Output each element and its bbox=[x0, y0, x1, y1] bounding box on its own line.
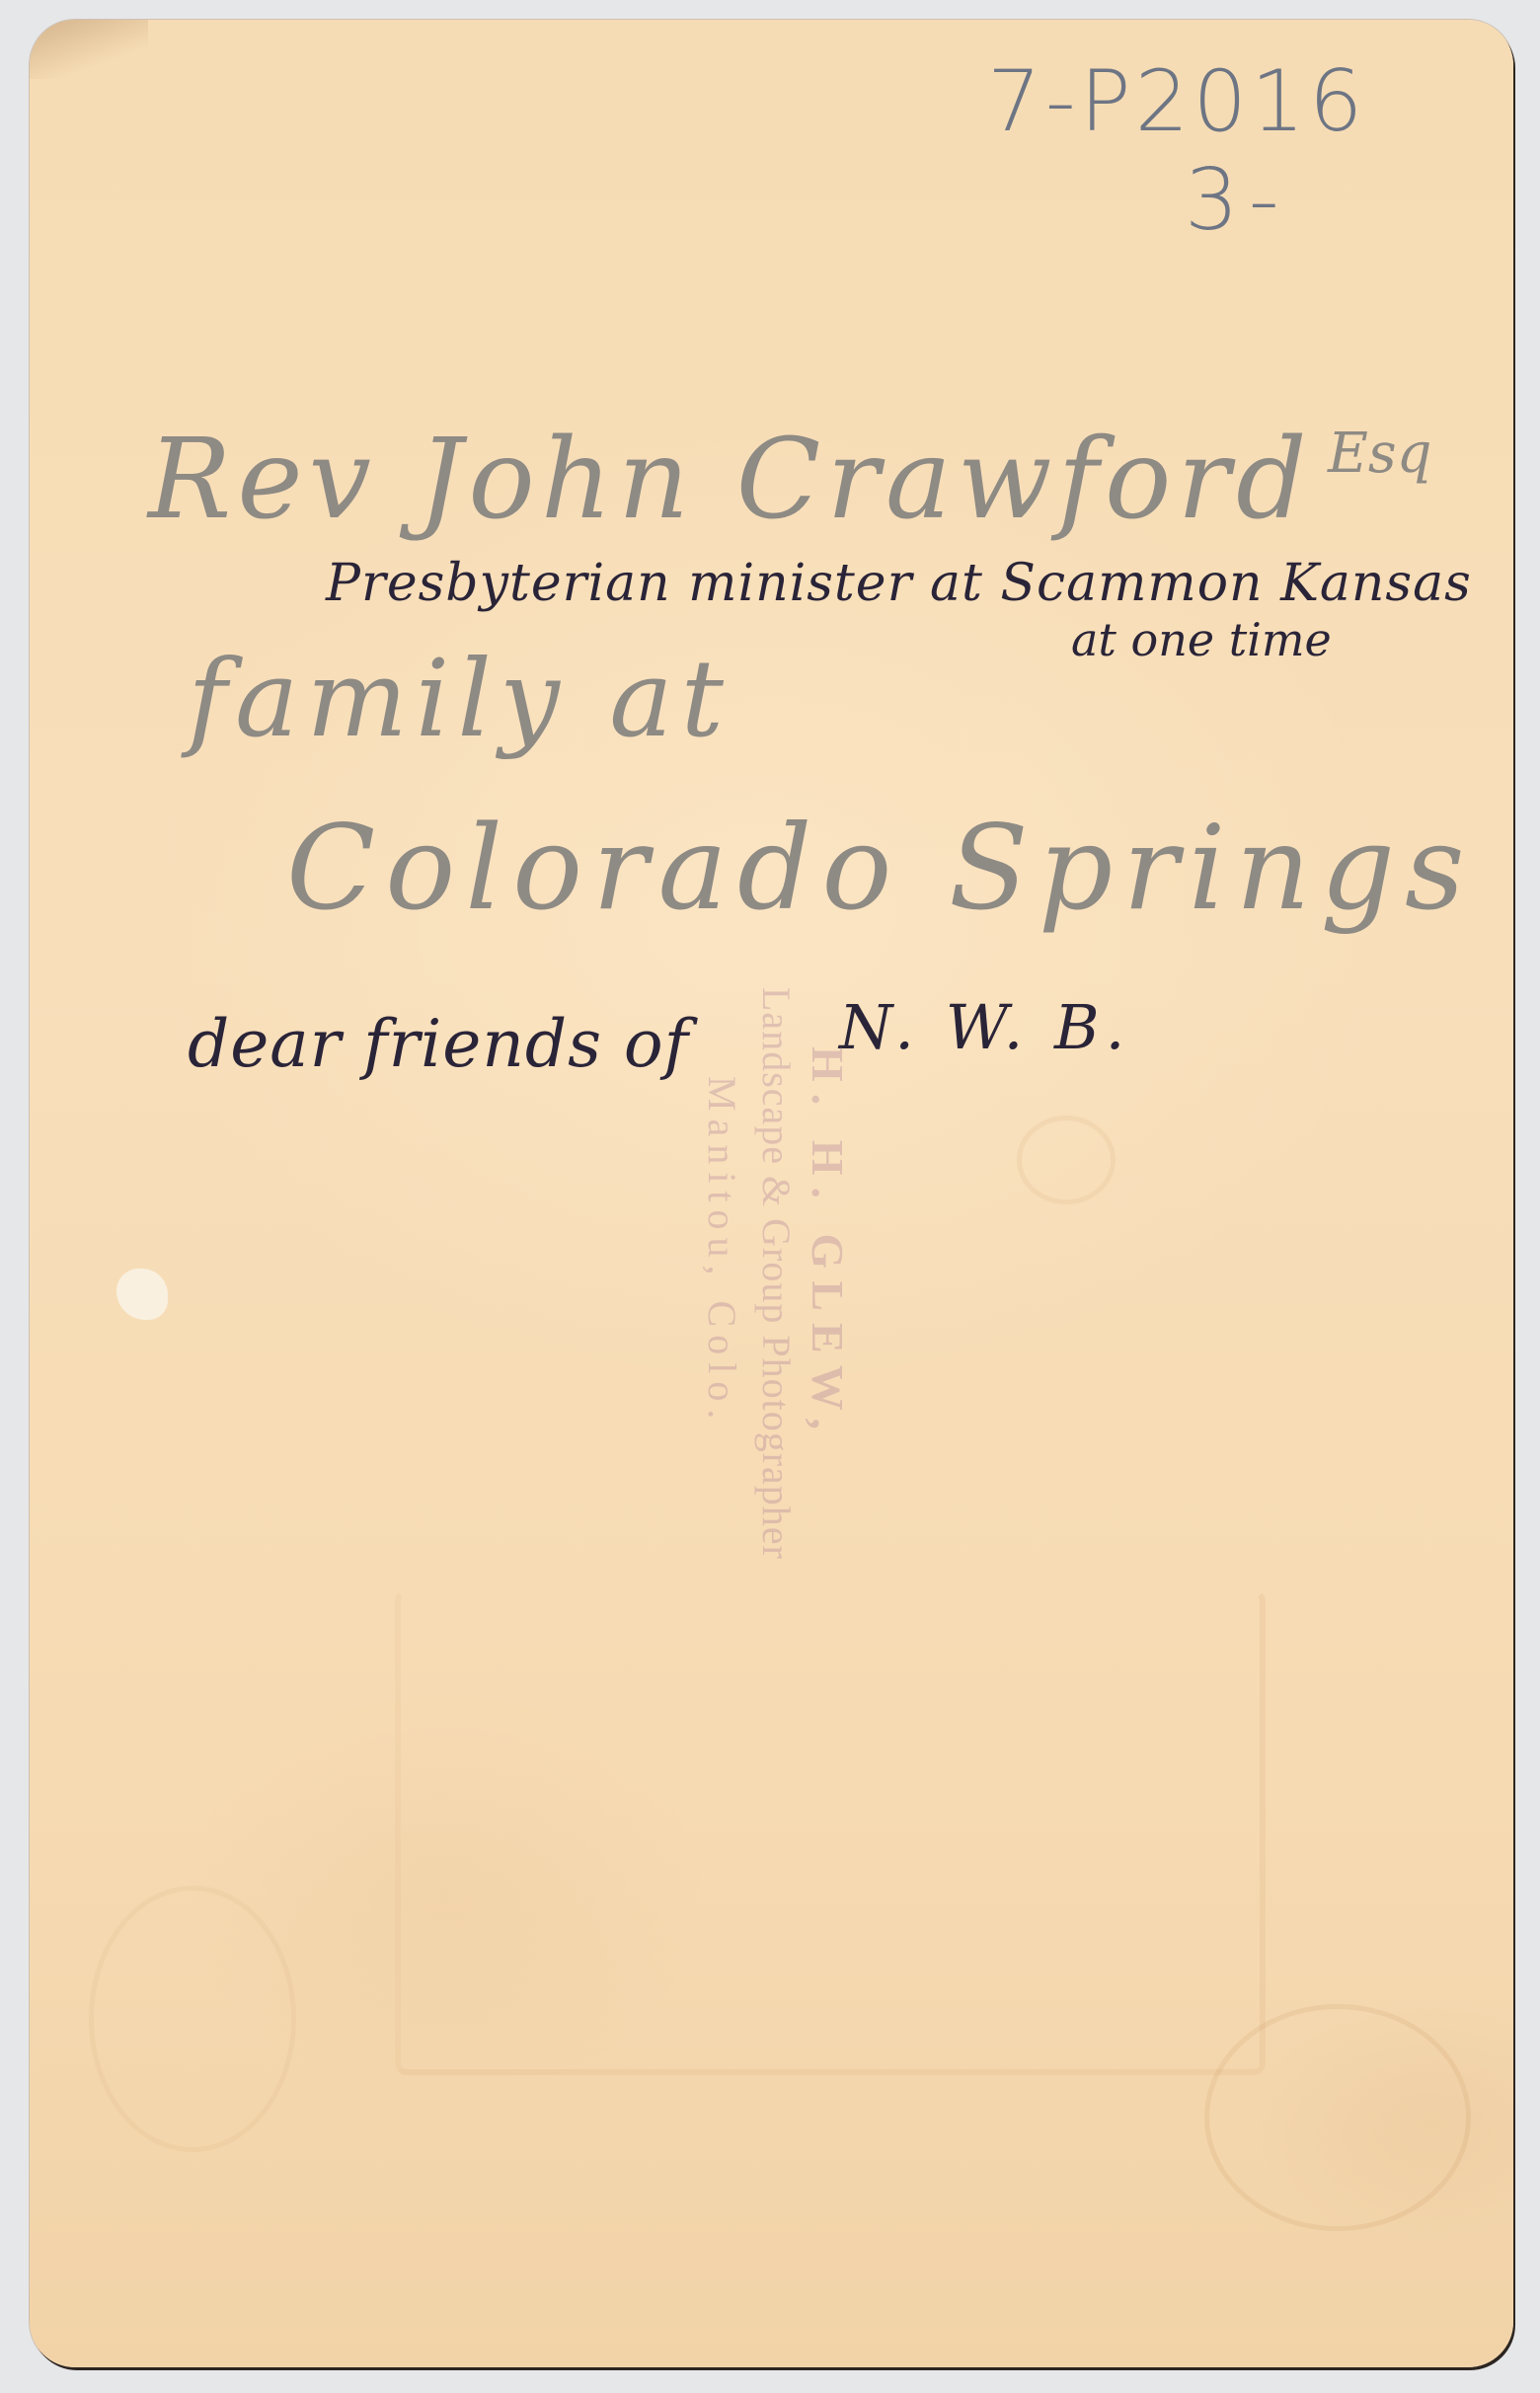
subject-name: Rev John Crawford bbox=[148, 425, 1313, 535]
subject-suffix: Esq bbox=[1328, 426, 1431, 482]
biographical-note: Presbyterian minister at Scammon Kansas bbox=[326, 558, 1472, 609]
stamp-business-line: Landscape & Group Photographer bbox=[753, 987, 800, 1560]
stamp-location: Manitou, Colo. bbox=[699, 1076, 745, 1427]
water-stain-ring bbox=[1017, 1116, 1116, 1204]
corner-wear bbox=[30, 20, 148, 79]
surface-scuff bbox=[116, 1269, 168, 1320]
dedication-text: dear friends of bbox=[188, 1012, 689, 1077]
family-at-label: family at bbox=[188, 647, 731, 753]
water-stain-ring bbox=[1204, 2004, 1471, 2231]
location-text: Colorado Springs bbox=[286, 810, 1475, 926]
catalog-number: 7-P2016 bbox=[987, 59, 1366, 144]
water-stain bbox=[395, 1589, 1266, 2075]
initials: N. W. B. bbox=[839, 997, 1130, 1058]
water-stain-ring bbox=[89, 1886, 296, 2152]
stamp-photographer-name: H. H. GLEW, bbox=[802, 1046, 854, 1441]
catalog-subnumber: 3- bbox=[1185, 158, 1289, 243]
photographer-stamp: H. H. GLEW, Landscape & Group Photograph… bbox=[652, 987, 869, 1580]
biographical-note-continued: at one time bbox=[1071, 617, 1332, 662]
